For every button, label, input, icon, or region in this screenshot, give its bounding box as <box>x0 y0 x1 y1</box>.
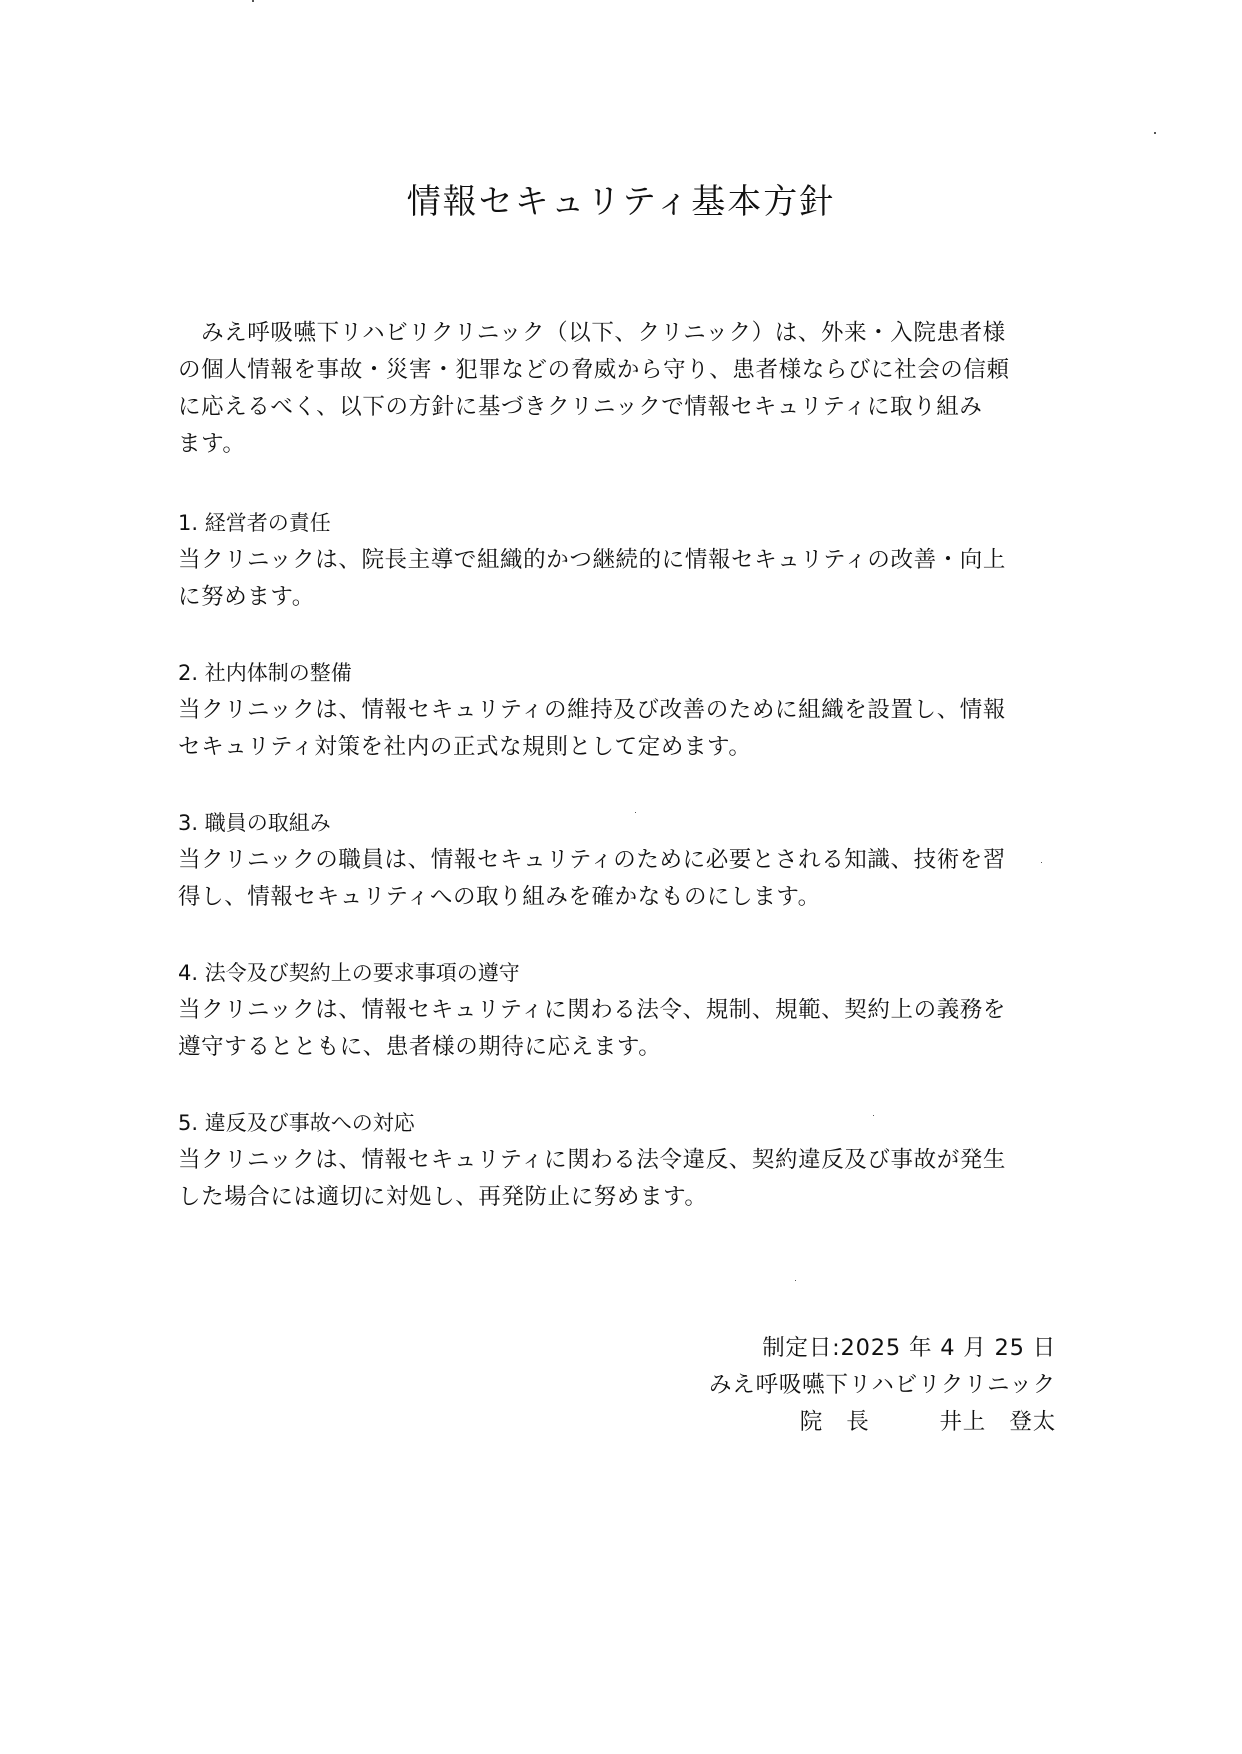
intro-line: ます。 <box>178 429 1058 459</box>
section-heading: 1. 経営者の責任 <box>178 508 1058 538</box>
section-heading: 4. 法令及び契約上の要求事項の遵守 <box>178 958 1058 988</box>
section-line: セキュリティ対策を社内の正式な規則として定めます。 <box>178 732 1058 762</box>
scan-speck <box>873 1115 874 1116</box>
scan-speck <box>252 0 254 2</box>
section-heading: 2. 社内体制の整備 <box>178 658 1058 688</box>
section-line: 当クリニックは、情報セキュリティの維持及び改善のために組織を設置し、情報 <box>178 695 1058 725</box>
section-line: 当クリニックは、情報セキュリティに関わる法令、規制、規範、契約上の義務を <box>178 995 1058 1025</box>
section-line: 当クリニックは、情報セキュリティに関わる法令違反、契約違反及び事故が発生 <box>178 1145 1058 1175</box>
intro-line: の個人情報を事故・災害・犯罪などの脅威から守り、患者様ならびに社会の信頼 <box>178 355 1058 385</box>
section-line: 当クリニックの職員は、情報セキュリティのために必要とされる知識、技術を習 <box>178 845 1058 875</box>
enactment-date: 制定日:2025 年 4 月 25 日 <box>762 1333 1056 1363</box>
section-heading: 5. 違反及び事故への対応 <box>178 1108 1058 1138</box>
section-line: 当クリニックは、院長主導で組織的かつ継続的に情報セキュリティの改善・向上 <box>178 545 1058 575</box>
document-title: 情報セキュリティ基本方針 <box>0 180 1242 224</box>
intro-line: みえ呼吸嚥下リハビリクリニック（以下、クリニック）は、外来・入院患者様 <box>178 318 1058 348</box>
document-page: 情報セキュリティ基本方針 みえ呼吸嚥下リハビリクリニック（以下、クリニック）は、… <box>0 0 1242 1754</box>
section-line: 遵守するとともに、患者様の期待に応えます。 <box>178 1032 1058 1062</box>
section-heading: 3. 職員の取組み <box>178 808 1058 838</box>
intro-line: に応えるべく、以下の方針に基づきクリニックで情報セキュリティに取り組み <box>178 392 1058 422</box>
scan-speck <box>635 812 636 813</box>
section-line: した場合には適切に対処し、再発防止に努めます。 <box>178 1182 1058 1212</box>
section-line: に努めます。 <box>178 582 1058 612</box>
scan-speck <box>795 1280 796 1281</box>
scan-speck <box>1041 862 1042 863</box>
scan-speck <box>1154 132 1156 134</box>
organization-name: みえ呼吸嚥下リハビリクリニック <box>709 1370 1056 1400</box>
section-line: 得し、情報セキュリティへの取り組みを確かなものにします。 <box>178 882 1058 912</box>
director-name: 院 長 井上 登太 <box>800 1407 1056 1437</box>
